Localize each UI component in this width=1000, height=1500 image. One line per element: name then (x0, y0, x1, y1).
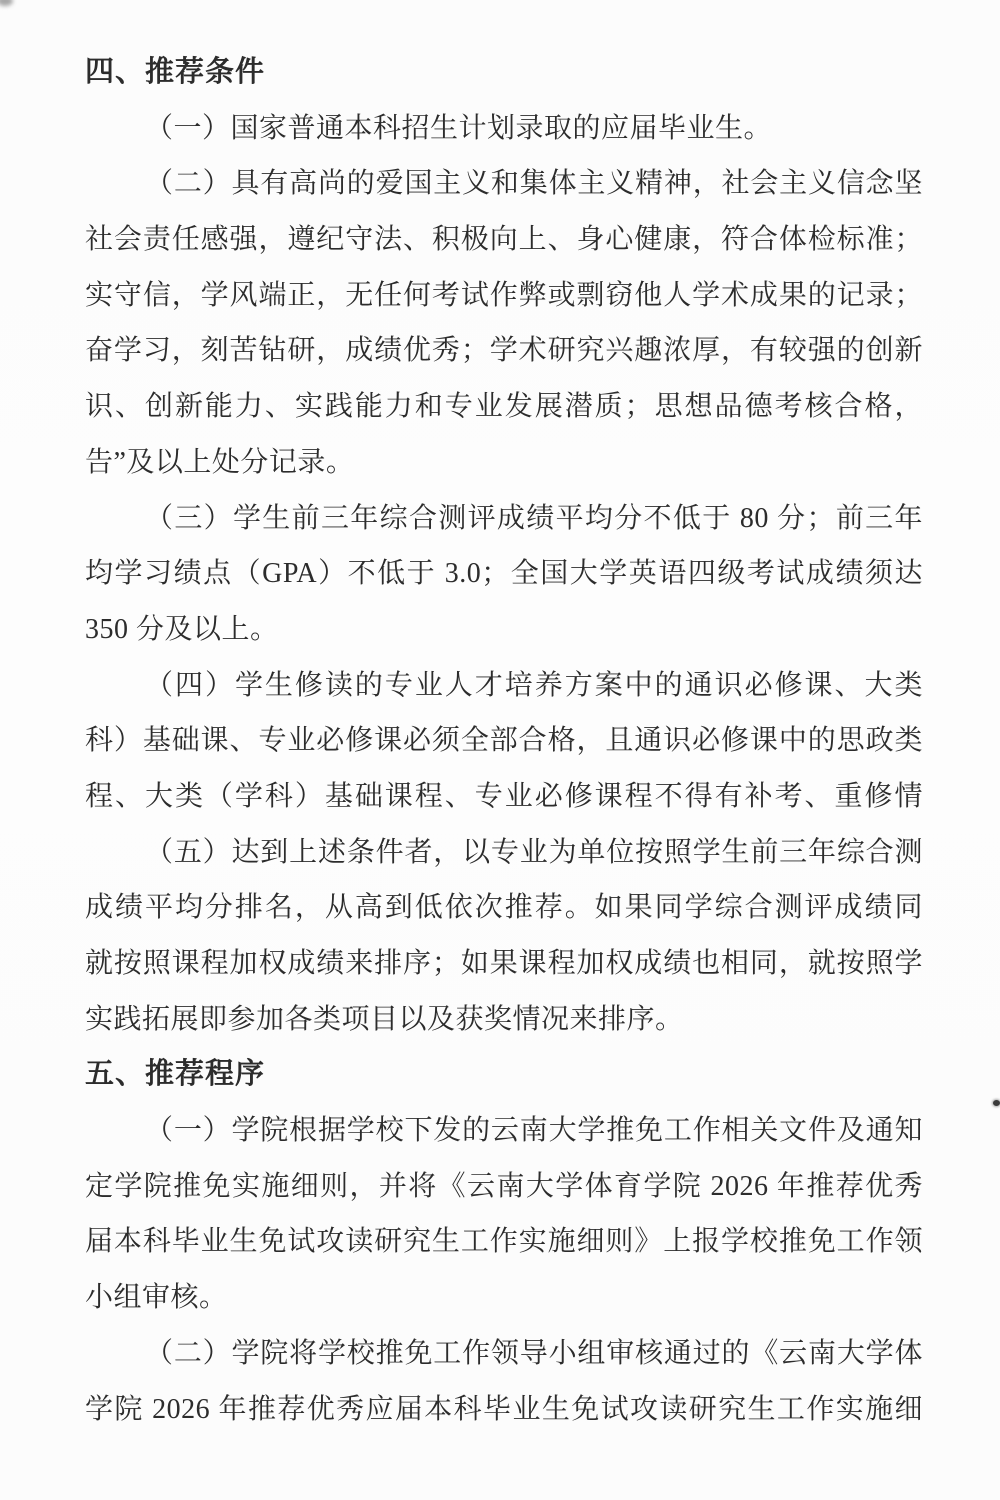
text-line: （五）达到上述条件者，以专业为单位按照学生前三年综合测评 (85, 825, 923, 881)
text-line: （一）学院根据学校下发的云南大学推免工作相关文件及通知制 (85, 1103, 923, 1159)
text-line: 均学习绩点（GPA）不低于 3.0；全国大学英语四级考试成绩须达到 (85, 546, 923, 602)
text-line: 就按照课程加权成绩来排序；如果课程加权成绩也相同，就按照学生 (85, 936, 923, 992)
text-line: 奋学习，刻苦钻研，成绩优秀；学术研究兴趣浓厚，有较强的创新意 (85, 323, 923, 379)
text-line: （一）国家普通本科招生计划录取的应届毕业生。 (85, 101, 923, 157)
text-line: 350 分及以上。 (85, 602, 923, 658)
text-line: （二）具有高尚的爱国主义和集体主义精神，社会主义信念坚定， (85, 156, 923, 212)
text-line: 学院 2026 年推荐优秀应届本科毕业生免试攻读研究生工作实施细则》 (85, 1382, 923, 1438)
text-line: （三）学生前三年综合测评成绩平均分不低于 80 分；前三年平 (85, 491, 923, 547)
text-line: 实守信，学风端正，无任何考试作弊或剽窃他人学术成果的记录；勤 (85, 268, 923, 324)
text-line: 社会责任感强，遵纪守法、积极向上、身心健康，符合体检标准；诚 (85, 212, 923, 268)
text-line: 科）基础课、专业必修课必须全部合格，且通识必修课中的思政类课 (85, 713, 923, 769)
text-line: 告”及以上处分记录。 (85, 435, 923, 491)
text-line: 程、大类（学科）基础课程、专业必修课程不得有补考、重修情况。 (85, 769, 923, 825)
text-line: 定学院推免实施细则，并将《云南大学体育学院 2026 年推荐优秀应 (85, 1159, 923, 1215)
text-line: 成绩平均分排名，从高到低依次推荐。如果同学综合测评成绩同分， (85, 880, 923, 936)
scanned-page: 四、推荐条件（一）国家普通本科招生计划录取的应届毕业生。（二）具有高尚的爱国主义… (0, 0, 1000, 1500)
section-heading: 四、推荐条件 (85, 45, 923, 101)
text-line: （四）学生修读的专业人才培养方案中的通识必修课、大类（学 (85, 658, 923, 714)
document-body: 四、推荐条件（一）国家普通本科招生计划录取的应届毕业生。（二）具有高尚的爱国主义… (85, 45, 923, 1437)
scan-speck-right (993, 1100, 1000, 1106)
text-line: 小组审核。 (85, 1270, 923, 1326)
text-line: 实践拓展即参加各类项目以及获奖情况来排序。 (85, 992, 923, 1048)
text-line: 届本科毕业生免试攻读研究生工作实施细则》上报学校推免工作领导 (85, 1214, 923, 1270)
section-heading: 五、推荐程序 (85, 1047, 923, 1103)
text-line: 识、创新能力、实践能力和专业发展潜质；思想品德考核合格，无“警 (85, 379, 923, 435)
text-line: （二）学院将学校推免工作领导小组审核通过的《云南大学体育 (85, 1326, 923, 1382)
scan-smudge-topleft (0, 0, 13, 6)
